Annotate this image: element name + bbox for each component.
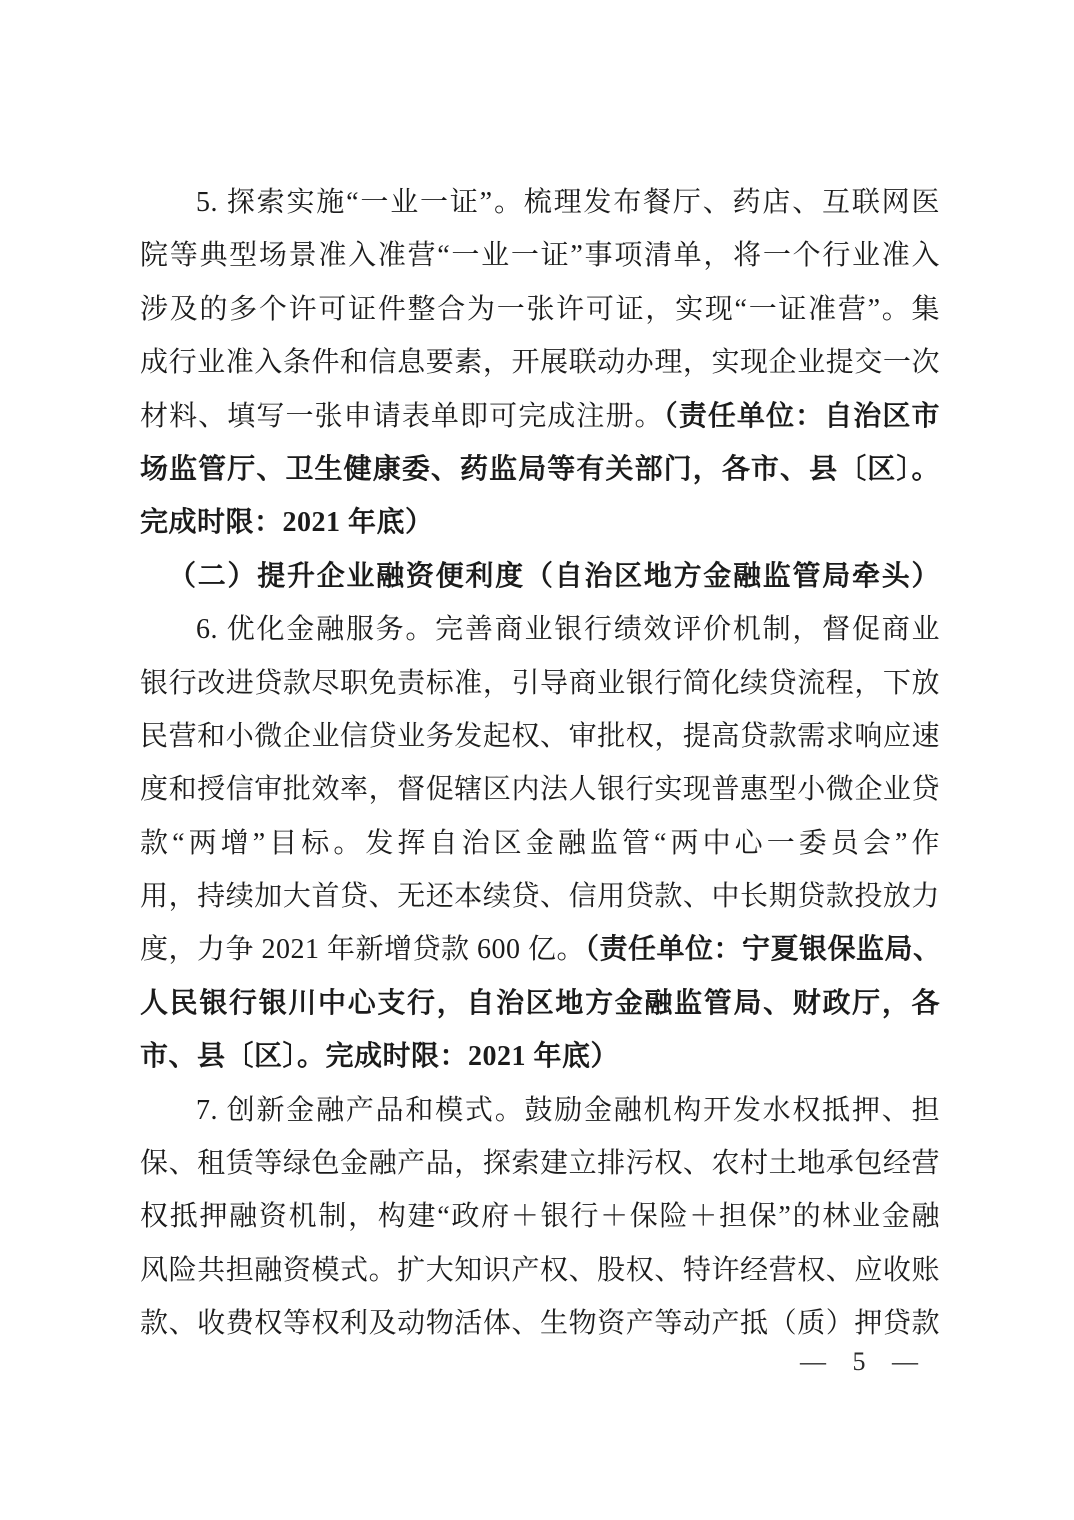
text-segment: 5. 探索实施“一业一证”。梳理发布餐厅、药店、互联网医 — [196, 187, 940, 218]
text-line: 银行改进贷款尽职免责标准，引导商业银行简化续贷流程，下放 — [140, 657, 940, 710]
text-segment: 材料、填写一张申请表单即可完成注册。 — [140, 401, 664, 432]
text-line: 成行业准入条件和信息要素，开展联动办理，实现企业提交一次 — [140, 336, 940, 389]
heading-text: （二）提升企业融资便利度（自治区地方金融监管局牵头） — [168, 561, 940, 592]
document-body: 5. 探索实施“一业一证”。梳理发布餐厅、药店、互联网医 院等典型场景准入准营“… — [140, 176, 940, 1351]
responsibility-segment: 完成时限：2021 年底） — [140, 507, 434, 538]
text-line: 市、县〔区〕。完成时限：2021 年底） — [140, 1030, 940, 1083]
text-segment: 院等典型场景准入准营“一业一证”事项清单，将一个行业准入 — [140, 240, 940, 271]
section-heading: （二）提升企业融资便利度（自治区地方金融监管局牵头） — [140, 550, 940, 603]
responsibility-segment: （责任单位：宁夏银保监局、 — [585, 934, 942, 965]
text-segment: 款、收费权等权利及动物活体、生物资产等动产抵（质）押贷款 — [140, 1308, 940, 1339]
text-line: 6. 优化金融服务。完善商业银行绩效评价机制，督促商业 — [140, 603, 940, 656]
text-line: 5. 探索实施“一业一证”。梳理发布餐厅、药店、互联网医 — [140, 176, 940, 229]
text-line: 场监管厅、卫生健康委、药监局等有关部门，各市、县〔区〕。 — [140, 443, 940, 496]
text-line: 完成时限：2021 年底） — [140, 496, 940, 549]
text-segment: 6. 优化金融服务。完善商业银行绩效评价机制，督促商业 — [196, 614, 940, 645]
document-page: 5. 探索实施“一业一证”。梳理发布餐厅、药店、互联网医 院等典型场景准入准营“… — [0, 0, 1074, 1520]
responsibility-segment: （责任单位：自治区市 — [664, 401, 940, 432]
text-segment: 涉及的多个许可证件整合为一张许可证，实现“一证准营”。集 — [140, 294, 940, 325]
text-segment: 保、租赁等绿色金融产品，探索建立排污权、农村土地承包经营 — [140, 1148, 940, 1179]
text-line: 度和授信审批效率，督促辖区内法人银行实现普惠型小微企业贷 — [140, 763, 940, 816]
text-segment: 民营和小微企业信贷业务发起权、审批权，提高贷款需求响应速 — [140, 721, 940, 752]
text-line: 院等典型场景准入准营“一业一证”事项清单，将一个行业准入 — [140, 229, 940, 282]
text-segment: 权抵押融资机制，构建“政府＋银行＋保险＋担保”的林业金融 — [140, 1201, 940, 1232]
text-line: 民营和小微企业信贷业务发起权、审批权，提高贷款需求响应速 — [140, 710, 940, 763]
text-line: 用，持续加大首贷、无还本续贷、信用贷款、中长期贷款投放力 — [140, 870, 940, 923]
text-segment: 度，力争 2021 年新增贷款 600 亿。 — [140, 934, 585, 965]
text-line: 材料、填写一张申请表单即可完成注册。（责任单位：自治区市 — [140, 390, 940, 443]
text-line: 款“两增”目标。发挥自治区金融监管“两中心一委员会”作 — [140, 817, 940, 870]
text-segment: 度和授信审批效率，督促辖区内法人银行实现普惠型小微企业贷 — [140, 774, 940, 805]
text-segment: 成行业准入条件和信息要素，开展联动办理，实现企业提交一次 — [140, 347, 940, 378]
text-line: 7. 创新金融产品和模式。鼓励金融机构开发水权抵押、担 — [140, 1084, 940, 1137]
text-segment: 银行改进贷款尽职免责标准，引导商业银行简化续贷流程，下放 — [140, 668, 940, 699]
text-line: 权抵押融资机制，构建“政府＋银行＋保险＋担保”的林业金融 — [140, 1190, 940, 1243]
text-line: 度，力争 2021 年新增贷款 600 亿。（责任单位：宁夏银保监局、 — [140, 923, 940, 976]
text-line: 涉及的多个许可证件整合为一张许可证，实现“一证准营”。集 — [140, 283, 940, 336]
text-segment: 风险共担融资模式。扩大知识产权、股权、特许经营权、应收账 — [140, 1255, 940, 1286]
page-number: — 5 — — [800, 1342, 920, 1382]
text-segment: 7. 创新金融产品和模式。鼓励金融机构开发水权抵押、担 — [196, 1095, 940, 1126]
responsibility-segment: 人民银行银川中心支行，自治区地方金融监管局、财政厅，各 — [140, 988, 940, 1019]
text-line: 风险共担融资模式。扩大知识产权、股权、特许经营权、应收账 — [140, 1244, 940, 1297]
responsibility-segment: 场监管厅、卫生健康委、药监局等有关部门，各市、县〔区〕。 — [140, 454, 940, 485]
responsibility-segment: 市、县〔区〕。完成时限：2021 年底） — [140, 1041, 619, 1072]
text-segment: 用，持续加大首贷、无还本续贷、信用贷款、中长期贷款投放力 — [140, 881, 940, 912]
text-line: 保、租赁等绿色金融产品，探索建立排污权、农村土地承包经营 — [140, 1137, 940, 1190]
text-segment: 款“两增”目标。发挥自治区金融监管“两中心一委员会”作 — [140, 828, 940, 859]
text-line: 人民银行银川中心支行，自治区地方金融监管局、财政厅，各 — [140, 977, 940, 1030]
